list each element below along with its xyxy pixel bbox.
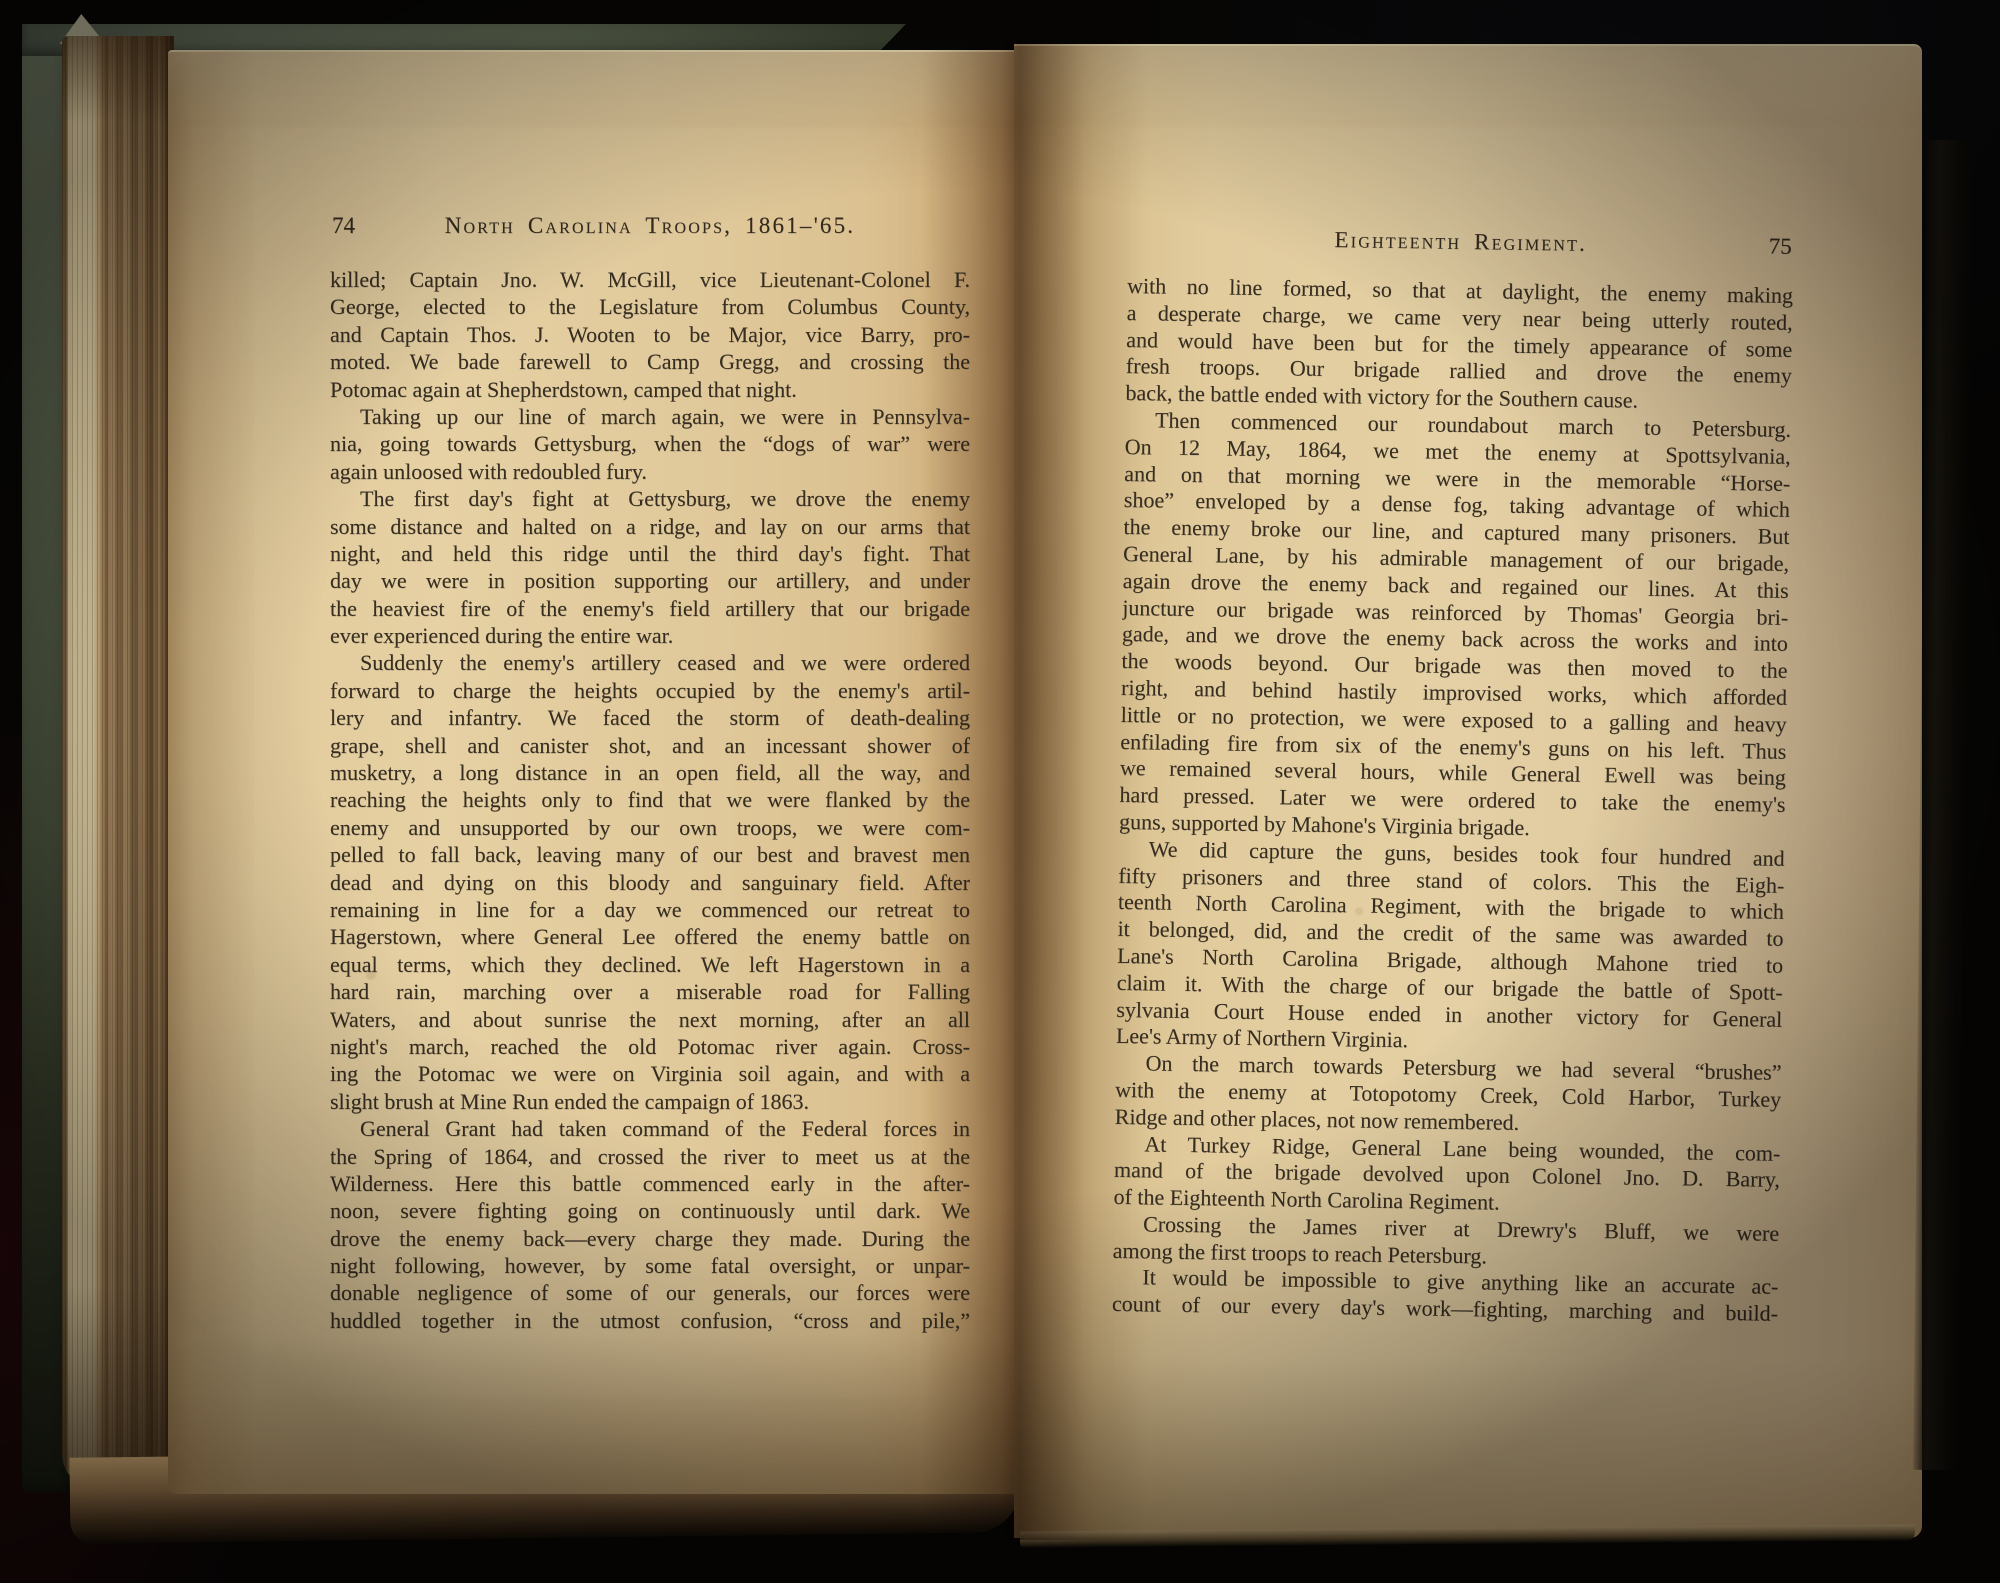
text-line: hard rain, marching over a miserable roa… [330,978,970,1005]
text-line: dead and dying on this bloody and sangui… [330,869,970,896]
left-page-number: 74 [332,213,355,239]
right-page-content: Eighteenth Regiment. 75 with no line for… [1112,224,1794,1328]
text-line: grape, shell and canister shot, and an i… [330,732,970,759]
text-line: Suddenly the enemy's artillery ceased an… [330,649,970,676]
book-cover-right-edge [1913,140,1973,1470]
text-line: lery and infantry. We faced the storm of… [330,704,970,731]
text-line: enemy and unsupported by our own troops,… [330,814,970,841]
right-page-body: with no line formed, so that at daylight… [1112,273,1793,1328]
text-line: the Spring of 1864, and crossed the rive… [330,1143,970,1170]
text-line: Waters, and about sunrise the next morni… [330,1006,970,1033]
text-line: night, and held this ridge until the thi… [330,540,970,567]
text-line: pelled to fall back, leaving many of our… [330,841,970,868]
text-line: George, elected to the Legislature from … [330,293,970,320]
text-line: and Captain Thos. J. Wooten to be Major,… [330,321,970,348]
text-line: again unloosed with redoubled fury. [330,458,970,485]
right-page-number: 75 [1769,234,1792,260]
text-line: Taking up our line of march again, we we… [330,403,970,430]
text-line: equal terms, which they declined. We lef… [330,951,970,978]
text-line: donable negligence of some of our genera… [330,1279,970,1306]
text-line: the heaviest fire of the enemy's field a… [330,595,970,622]
page-edge-stack-left [62,36,174,1488]
text-line: Potomac again at Shepherdstown, camped t… [330,376,970,403]
book-photo: 74 North Carolina Troops, 1861–'65. kill… [0,0,2000,1583]
text-line: nia, going towards Gettysburg, when the … [330,430,970,457]
text-line: moted. We bade farewell to Camp Gregg, a… [330,348,970,375]
text-line: forward to charge the heights occupied b… [330,677,970,704]
text-line: killed; Captain Jno. W. McGill, vice Lie… [330,266,970,293]
text-line: remaining in line for a day we commenced… [330,896,970,923]
left-page-header-title: North Carolina Troops, 1861–'65. [330,213,970,239]
text-line: drove the enemy back—every charge they m… [330,1225,970,1252]
text-line: Hagerstown, where General Lee offered th… [330,923,970,950]
text-line: slight brush at Mine Run ended the campa… [330,1088,970,1115]
text-line: some distance and halted on a ridge, and… [330,513,970,540]
text-line: The first day's fight at Gettysburg, we … [330,485,970,512]
text-line: huddled together in the utmost confusion… [330,1307,970,1334]
text-line: reaching the heights only to find that w… [330,786,970,813]
text-line: Wilderness. Here this battle commenced e… [330,1170,970,1197]
text-line: ever experienced during the entire war. [330,622,970,649]
text-line: night following, however, by some fatal … [330,1252,970,1279]
left-page-body: killed; Captain Jno. W. McGill, vice Lie… [330,266,970,1334]
text-line: General Grant had taken command of the F… [330,1115,970,1142]
text-line: ing the Potomac we were on Virginia soil… [330,1060,970,1087]
text-line: day we were in position supporting our a… [330,567,970,594]
text-line: noon, severe fighting going on continuou… [330,1197,970,1224]
left-running-head: 74 North Carolina Troops, 1861–'65. [330,213,970,243]
text-line: night's march, reached the old Potomac r… [330,1033,970,1060]
text-line: musketry, a long distance in an open fie… [330,759,970,786]
